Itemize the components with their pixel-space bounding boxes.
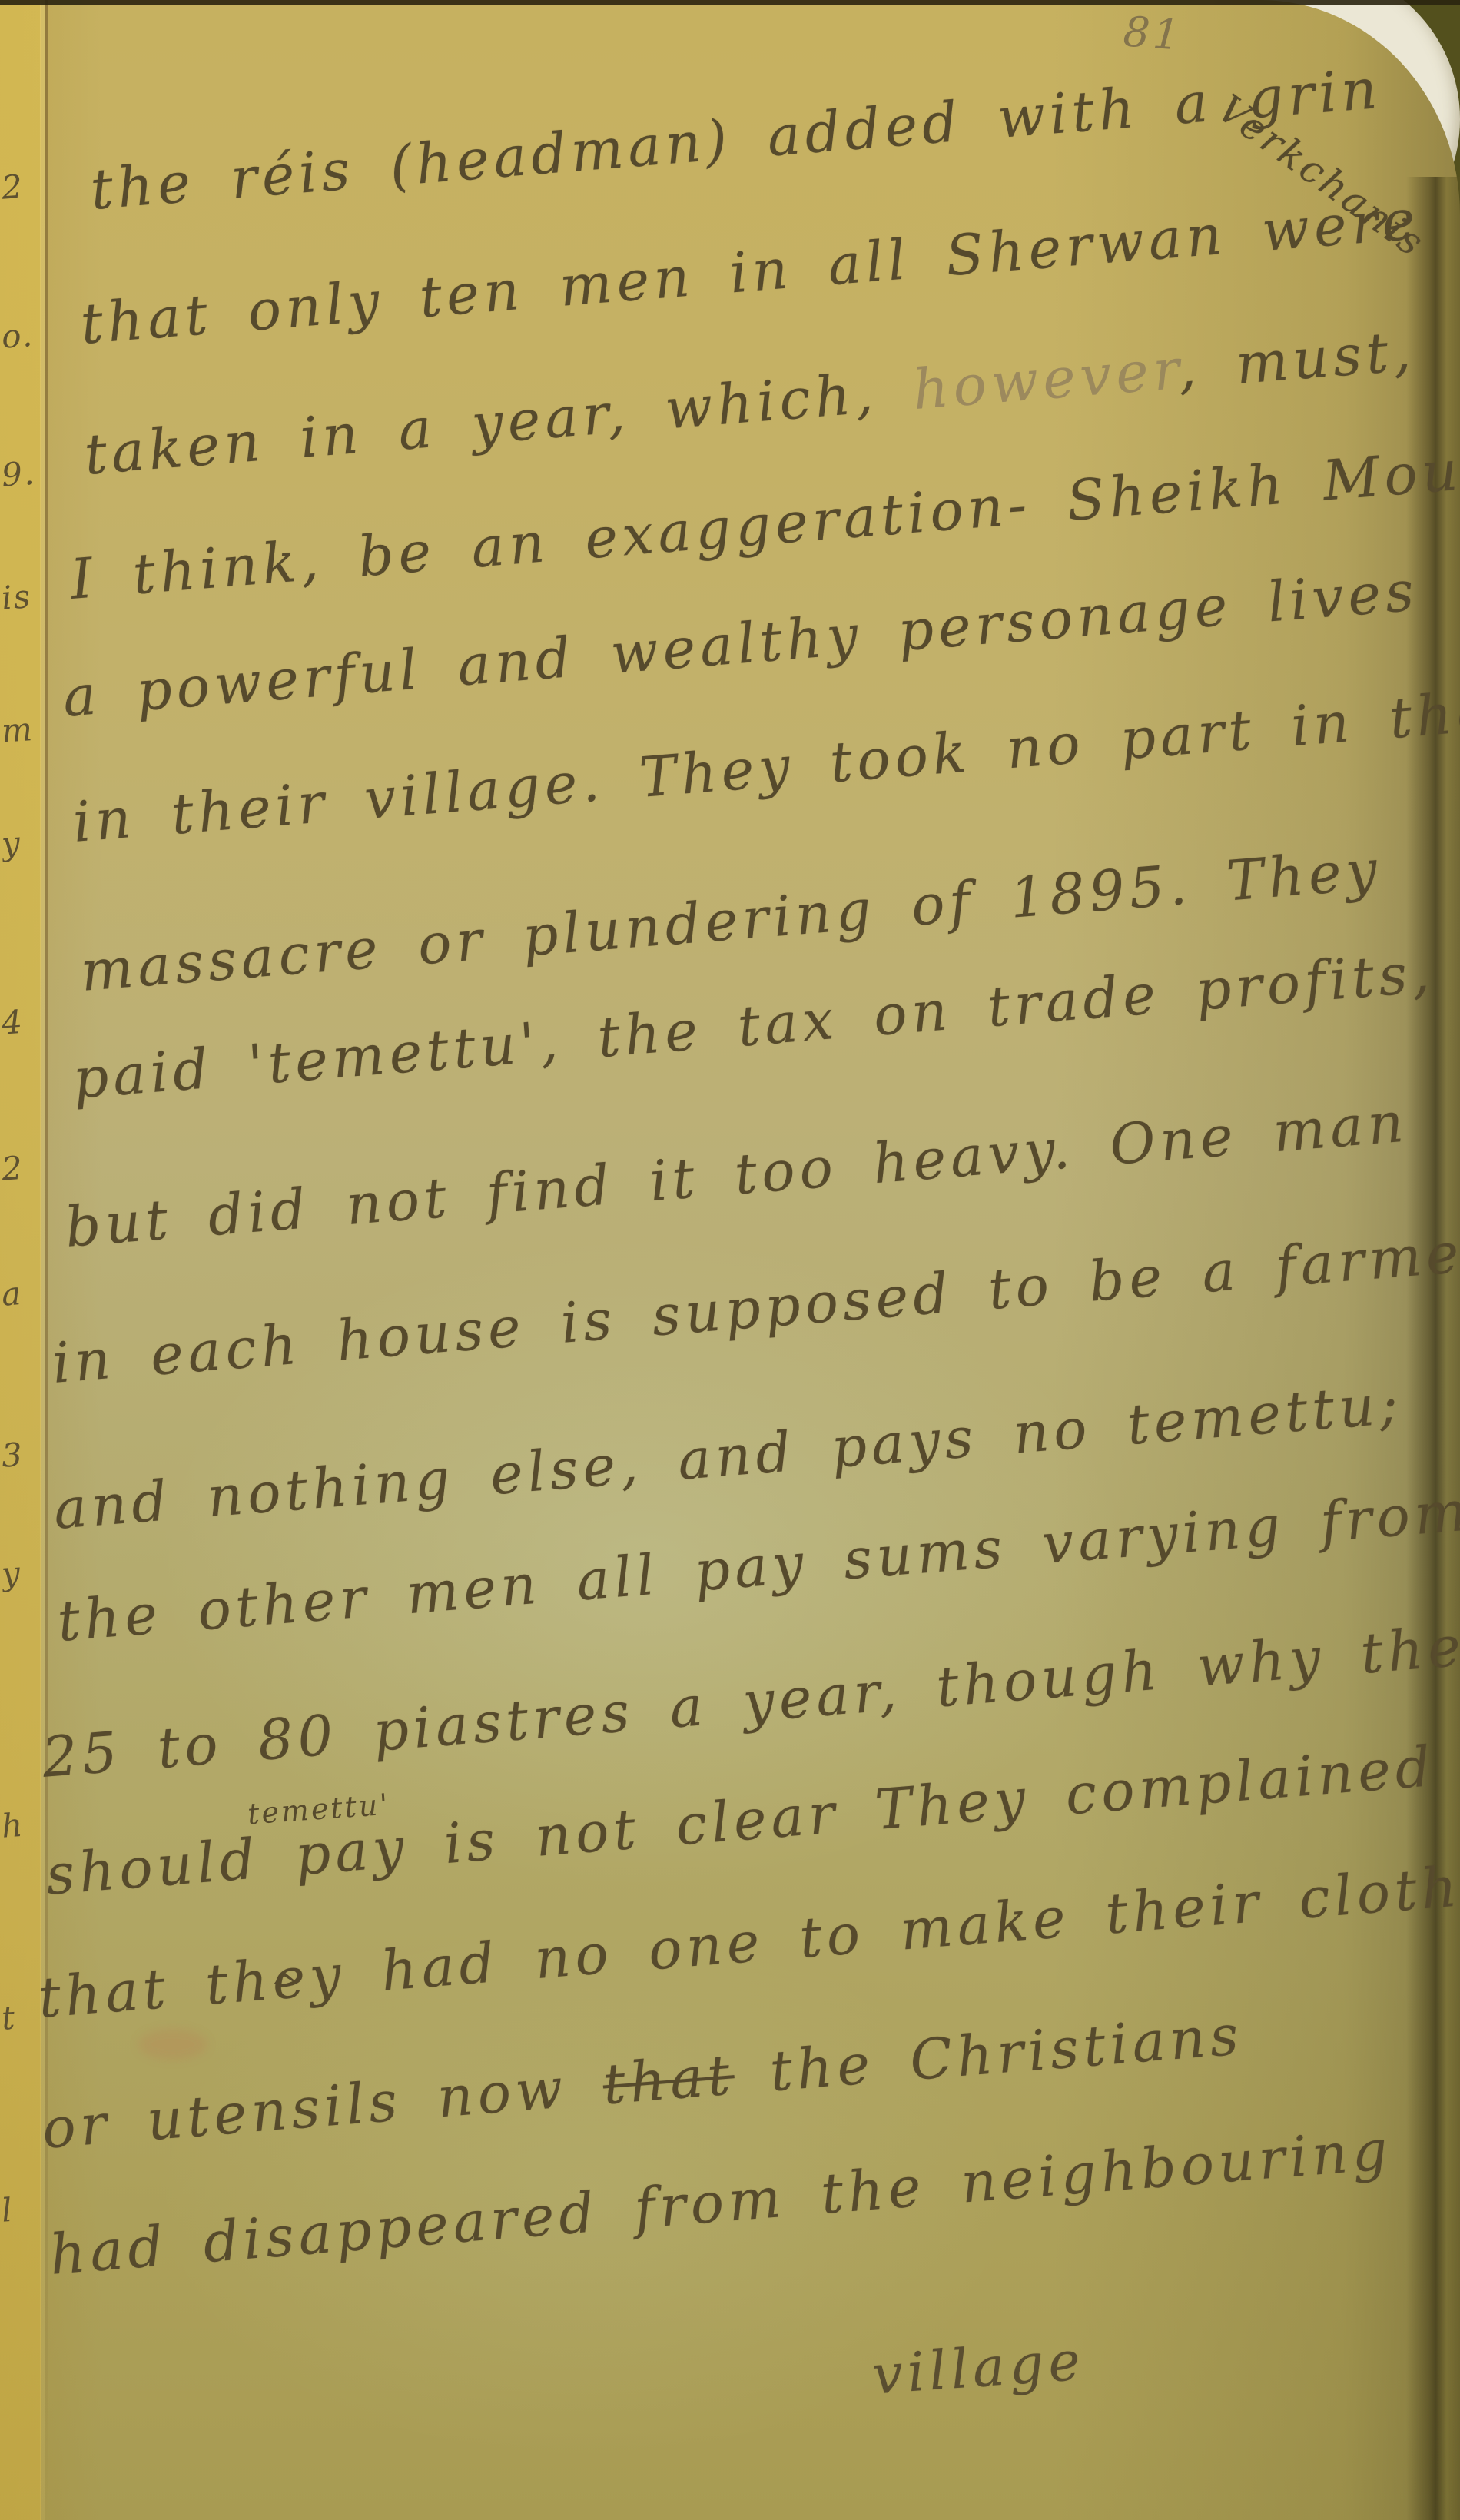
ink-smudge: [138, 2029, 207, 2060]
margin-fragment: y: [0, 822, 42, 863]
manuscript-scan: 81 Verkchanis the réis (headman) added w…: [0, 0, 1460, 2520]
page-number: 81: [1122, 7, 1184, 59]
margin-fragment: 2: [0, 166, 42, 207]
margin-fragment: y: [0, 1552, 42, 1593]
margin-fragment: h: [0, 1805, 42, 1845]
margin-fragment: a: [0, 1273, 42, 1313]
page-right-crease: [1406, 177, 1460, 2520]
margin-fragment: o.: [0, 315, 42, 356]
handwritten-text-struck: that: [600, 2042, 736, 2117]
margin-fragment: 4: [0, 1001, 42, 1042]
margin-fragment: l: [0, 2189, 42, 2229]
margin-fragment: is: [0, 576, 42, 617]
margin-fragment: t: [0, 1997, 42, 2037]
photo-top-edge: [0, 0, 1460, 5]
margin-fragment: 3: [0, 1434, 42, 1475]
binding-gutter: [0, 0, 41, 2520]
margin-fragment: 9.: [0, 453, 42, 494]
insertion-caret: ^: [268, 1964, 302, 2009]
margin-fragment: 2: [0, 1147, 42, 1188]
margin-fragment: m: [0, 709, 42, 750]
